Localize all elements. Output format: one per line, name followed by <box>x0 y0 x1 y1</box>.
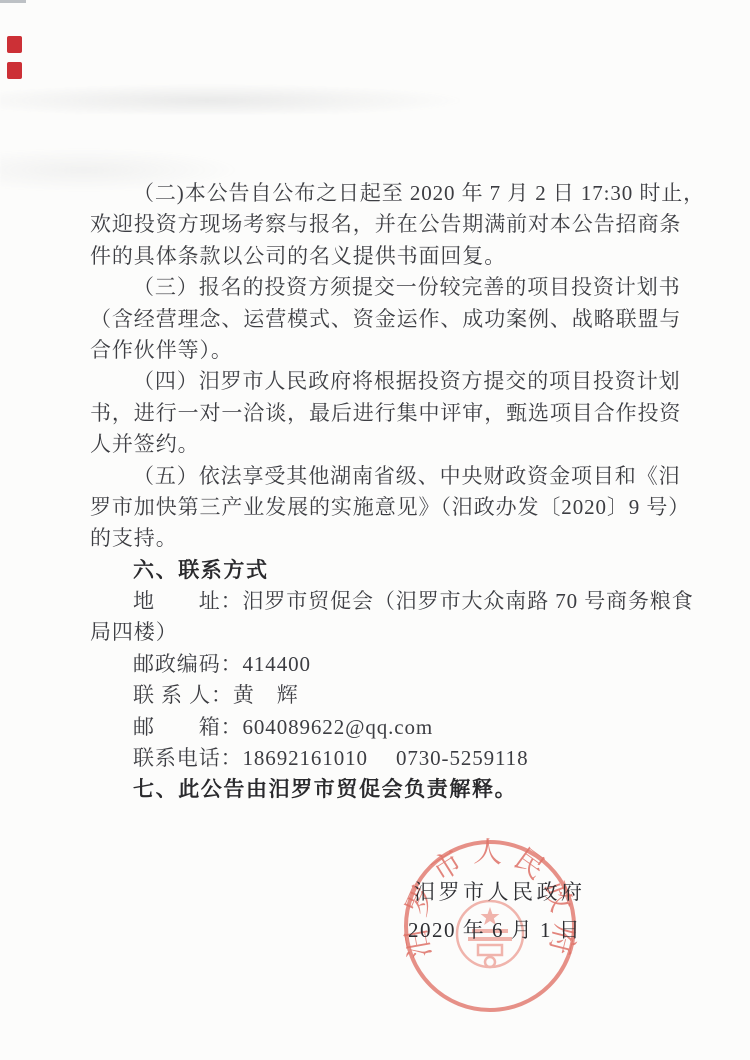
contact-phone: 联系电话：18692161010 0730-5259118 <box>90 743 664 774</box>
signature-date: 2020 年 6 月 1 日 <box>408 914 581 944</box>
scan-smudge <box>0 84 460 114</box>
doc-line: （三）报名的投资方须提交一份较完善的项目投资计划书 <box>90 272 664 303</box>
doc-line: 件的具体条款以公司的名义提供书面回复。 <box>90 241 664 272</box>
contact-email: 邮 箱：604089622@qq.com <box>90 712 664 743</box>
doc-line: （五）依法享受其他湖南省级、中央财政资金项目和《汨 <box>90 461 664 492</box>
section-6-heading: 六、联系方式 <box>90 555 664 586</box>
red-corner-mark <box>7 36 22 53</box>
doc-line: （四）汨罗市人民政府将根据投资方提交的项目投资计划 <box>90 366 664 397</box>
document-body: （二)本公告自公布之日起至 2020 年 7 月 2 日 17:30 时止， 欢… <box>90 178 664 806</box>
contact-postal-code: 邮政编码：414400 <box>90 649 664 680</box>
contact-person: 联 系 人：黄 辉 <box>90 680 664 711</box>
signature-issuer: 汨罗市人民政府 <box>414 876 586 906</box>
doc-line: （二)本公告自公布之日起至 2020 年 7 月 2 日 17:30 时止， <box>90 178 664 209</box>
section-7-heading: 七、此公告由汨罗市贸促会负责解释。 <box>90 774 664 805</box>
contact-address-line2: 局四楼） <box>90 617 664 648</box>
scanned-document-page: （二)本公告自公布之日起至 2020 年 7 月 2 日 17:30 时止， 欢… <box>0 0 750 1060</box>
doc-line: 书，进行一对一洽谈，最后进行集中评审，甄选项目合作投资 <box>90 398 664 429</box>
red-corner-mark <box>7 62 22 79</box>
doc-line: 罗市加快第三产业发展的实施意见》（汨政办发〔2020〕9 号） <box>90 492 664 523</box>
doc-line: （含经营理念、运营模式、资金运作、成功案例、战略联盟与 <box>90 304 664 335</box>
scan-artifact-dash <box>0 0 26 3</box>
doc-line: 欢迎投资方现场考察与报名，并在公告期满前对本公告招商条 <box>90 209 664 240</box>
doc-line: 人并签约。 <box>90 429 664 460</box>
contact-address-line1: 地 址：汨罗市贸促会（汨罗市大众南路 70 号商务粮食 <box>90 586 664 617</box>
doc-line: 的支持。 <box>90 523 664 554</box>
doc-line: 合作伙伴等）。 <box>90 335 664 366</box>
